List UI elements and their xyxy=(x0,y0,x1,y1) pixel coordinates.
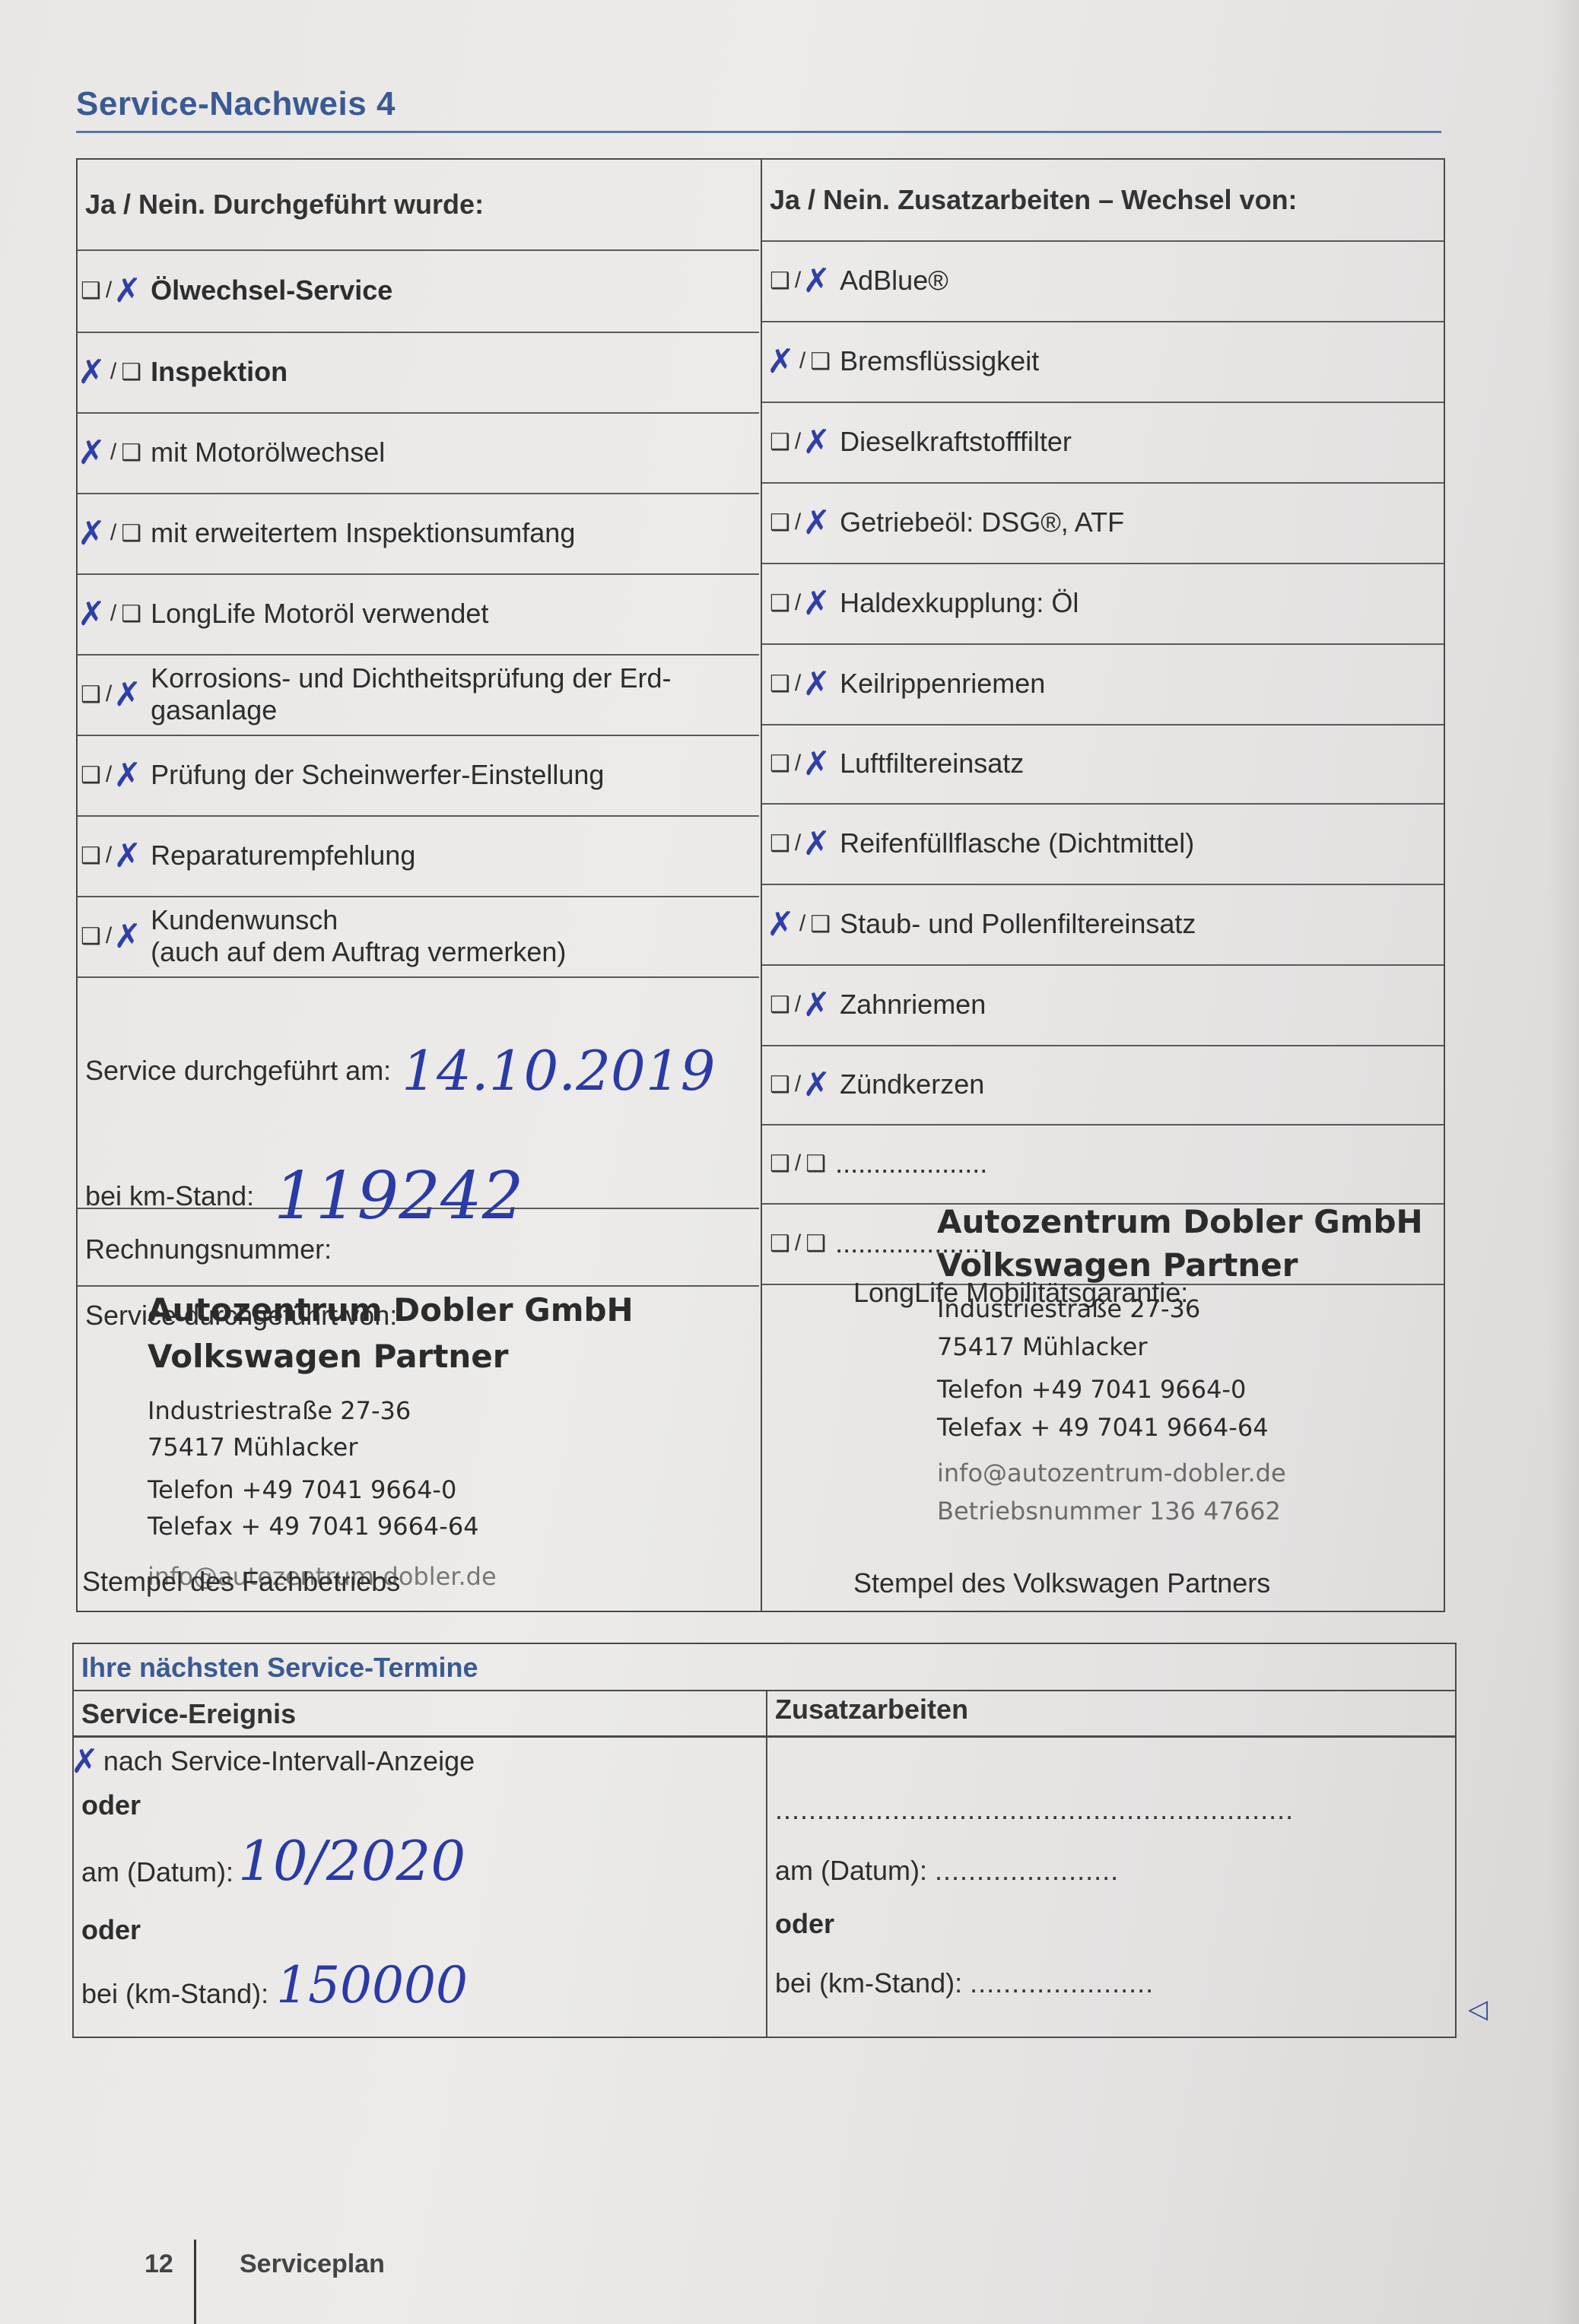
right-item-label: Dieselkraftstofffilter xyxy=(840,426,1072,458)
divider xyxy=(74,1735,1455,1738)
left-item-label: Korrosions- und Dichtheitsprüfung der Er… xyxy=(151,662,671,726)
next-date-value[interactable]: 10/2020 xyxy=(238,1829,465,1893)
right-item-label: Luftfiltereinsatz xyxy=(840,748,1024,779)
stamp-street: Industriestraße 27-36 xyxy=(937,1294,1423,1323)
col-service-event: Service-Ereignis xyxy=(81,1693,296,1735)
title-divider xyxy=(76,131,1441,133)
extra-date-field[interactable]: ...................... xyxy=(935,1855,1119,1887)
check-mark-icon[interactable]: ✗ xyxy=(767,905,795,944)
next-date-label: am (Datum): xyxy=(81,1856,234,1888)
stamp-street: Industriestraße 27-36 xyxy=(148,1396,634,1425)
right-item-label: Reifenfüllflasche (Dichtmittel) xyxy=(840,827,1194,859)
left-item[interactable]: ❑ / ✗Prüfung der Scheinwerfer-Einstellun… xyxy=(81,735,750,815)
checkbox-no[interactable]: ❑ xyxy=(805,1230,826,1257)
column-divider xyxy=(761,160,762,1611)
right-item[interactable]: ❑ / ✗AdBlue® xyxy=(770,240,1439,321)
checkbox-no[interactable]: ❑ xyxy=(121,440,141,466)
stamp-betriebsnummer: Betriebsnummer 136 47662 xyxy=(937,1497,1423,1526)
left-item-label: mit erweitertem Inspektionsumfang xyxy=(151,517,575,549)
label-line: gasanlage xyxy=(151,694,671,726)
label-line: Korrosions- und Dichtheitsprüfung der Er… xyxy=(151,662,671,694)
right-item[interactable]: ❑ / ✗Keilrippenriemen xyxy=(770,643,1439,724)
right-item-label: AdBlue® xyxy=(840,265,948,297)
service-date-label: Service durchgeführt am: xyxy=(85,1055,391,1087)
page-title: Service-Nachweis 4 xyxy=(76,85,396,123)
column-divider xyxy=(766,1690,767,2037)
right-item[interactable]: ✗ / ❑Bremsflüssigkeit xyxy=(770,321,1439,402)
right-item-label: Keilrippenriemen xyxy=(840,668,1045,700)
left-item[interactable]: ✗ / ❑LongLife Motoröl verwendet xyxy=(81,573,750,654)
left-item[interactable]: ✗ / ❑Inspektion xyxy=(81,332,750,412)
left-item-label: Prüfung der Scheinwerfer-Einstellung xyxy=(151,759,604,791)
checkbox-yes[interactable]: ❑ xyxy=(81,762,101,789)
stamp-phone: Telefon +49 7041 9664-0 xyxy=(148,1475,634,1504)
check-mark-icon[interactable]: ✗ xyxy=(78,514,106,553)
checkbox-yes[interactable]: ❑ xyxy=(81,681,101,708)
checkbox-yes[interactable]: ❑ xyxy=(81,843,101,869)
interval-row[interactable]: ✗ nach Service-Intervall-Anzeige xyxy=(74,1740,475,1783)
interval-label: nach Service-Intervall-Anzeige xyxy=(103,1745,475,1777)
or-label: oder xyxy=(775,1903,834,1945)
right-item-label: Zündkerzen xyxy=(840,1068,984,1100)
separator: / xyxy=(795,751,801,776)
separator: / xyxy=(106,762,112,788)
divider xyxy=(74,1690,1455,1691)
separator: / xyxy=(106,923,112,949)
check-mark-icon[interactable]: ✗ xyxy=(802,423,831,462)
stamp-partner: Volkswagen Partner xyxy=(937,1246,1423,1284)
checkbox-yes[interactable]: ❑ xyxy=(81,923,101,950)
separator: / xyxy=(110,440,116,465)
checkbox-no[interactable]: ❑ xyxy=(810,348,831,375)
or-label: oder xyxy=(81,1909,141,1951)
next-service-table: Ihre nächsten Service-Termine Service-Er… xyxy=(72,1643,1457,2038)
stamp-city: 75417 Mühlacker xyxy=(148,1433,634,1462)
checkbox-no[interactable]: ❑ xyxy=(121,601,141,627)
check-mark-icon[interactable]: ✗ xyxy=(802,584,831,623)
stamp-fax: Telefax + 49 7041 9664-64 xyxy=(937,1413,1423,1442)
left-item-label: Inspektion xyxy=(151,356,288,388)
separator: / xyxy=(110,601,116,627)
extra-km-label: bei (km-Stand): xyxy=(775,1967,962,1999)
separator: / xyxy=(799,348,805,374)
col-extra-work: Zusatzarbeiten xyxy=(775,1688,968,1731)
stamp-company: Autozentrum Dobler GmbH xyxy=(937,1203,1423,1240)
checkbox-no[interactable]: ❑ xyxy=(810,911,831,938)
right-item[interactable]: ❑ / ✗Dieselkraftstofffilter xyxy=(770,402,1439,482)
right-item-label: Bremsflüssigkeit xyxy=(840,345,1039,377)
next-km-value[interactable]: 150000 xyxy=(276,1956,468,2014)
check-mark-icon[interactable]: ✗ xyxy=(802,665,831,703)
right-item[interactable]: ❑ / ❑.................... xyxy=(770,1124,1439,1203)
checkbox-yes[interactable]: ❑ xyxy=(770,429,790,456)
left-item-label: Reparaturempfehlung xyxy=(151,840,415,871)
separator: / xyxy=(795,429,801,455)
check-mark-icon[interactable]: ✗ xyxy=(113,675,141,714)
stamp-email: info@autozentrum-dobler.de xyxy=(937,1459,1423,1487)
stamp-fax: Telefax + 49 7041 9664-64 xyxy=(148,1512,634,1541)
stamp-company: Autozentrum Dobler GmbH xyxy=(148,1291,634,1329)
extra-km-field[interactable]: ...................... xyxy=(970,1967,1154,1999)
separator: / xyxy=(795,590,801,616)
left-item-label: Ölwechsel-Service xyxy=(151,275,392,306)
stamp-label-left: Stempel des Fachbetriebs xyxy=(82,1559,400,1605)
right-item-label: Haldexkupplung: Öl xyxy=(840,587,1079,619)
check-mark-icon[interactable]: ✗ xyxy=(802,824,831,863)
row-divider xyxy=(78,976,759,978)
or-label: oder xyxy=(81,1784,141,1827)
left-item-label: mit Motorölwechsel xyxy=(151,437,385,468)
check-mark-icon[interactable]: ✗ xyxy=(802,1065,831,1104)
page-number: 12 xyxy=(145,2249,173,2279)
footer-section: Serviceplan xyxy=(240,2249,385,2279)
label-line: Kundenwunsch xyxy=(151,904,566,936)
next-service-title: Ihre nächsten Service-Termine xyxy=(81,1652,478,1684)
check-mark-icon[interactable]: ✗ xyxy=(78,595,106,633)
separator: / xyxy=(799,911,805,937)
check-mark-icon[interactable]: ✗ xyxy=(113,271,141,310)
separator: / xyxy=(795,1072,801,1097)
check-mark-icon[interactable]: ✗ xyxy=(802,745,831,783)
check-mark-icon[interactable]: ✗ xyxy=(78,433,106,472)
checkbox-yes[interactable]: ❑ xyxy=(770,1072,790,1098)
right-item-label: Staub- und Pollenfiltereinsatz xyxy=(840,908,1196,940)
left-header: Ja / Nein. Durchgeführt wurde: xyxy=(85,160,755,249)
triangle-left-icon: ◁ xyxy=(1468,1994,1488,2024)
right-header: Ja / Nein. Zusatzarbeiten – Wechsel von: xyxy=(770,160,1439,240)
checkbox-yes[interactable]: ❑ xyxy=(770,992,790,1018)
check-mark-icon[interactable]: ✗ xyxy=(802,503,831,542)
next-km-row: bei (km-Stand): 150000 xyxy=(81,1964,468,2024)
separator: / xyxy=(795,671,801,697)
check-mark-icon[interactable]: ✗ xyxy=(78,353,106,392)
right-item[interactable]: ❑ / ✗Luftfiltereinsatz xyxy=(770,724,1439,803)
invoice-label: Rechnungsnummer: xyxy=(85,1233,332,1265)
label-line: (auch auf dem Auftrag vermerken) xyxy=(151,936,566,968)
separator: / xyxy=(795,510,801,535)
check-mark-icon[interactable]: ✗ xyxy=(767,342,795,381)
stamp-phone: Telefon +49 7041 9664-0 xyxy=(937,1375,1423,1404)
separator: / xyxy=(110,359,116,385)
checkbox-yes[interactable]: ❑ xyxy=(770,1151,790,1177)
invoice-row: Rechnungsnummer: xyxy=(85,1208,755,1291)
checkbox-yes[interactable]: ❑ xyxy=(770,268,790,294)
extra-work-line[interactable]: ........................................… xyxy=(775,1789,1294,1831)
workshop-stamp-right: Autozentrum Dobler GmbH Volkswagen Partn… xyxy=(937,1203,1423,1526)
checkbox-yes[interactable]: ❑ xyxy=(770,751,790,777)
left-item[interactable]: ❑ / ✗Korrosions- und Dichtheitsprüfung d… xyxy=(81,654,750,735)
right-item[interactable]: ✗ / ❑Staub- und Pollenfiltereinsatz xyxy=(770,884,1439,964)
extra-date-label: am (Datum): xyxy=(775,1855,927,1887)
workshop-stamp-left: Autozentrum Dobler GmbH Volkswagen Partn… xyxy=(148,1291,634,1591)
right-item-label: Getriebeöl: DSG®, ATF xyxy=(840,506,1124,538)
extra-date-row: am (Datum): ...................... xyxy=(775,1849,1119,1892)
extra-km-row: bei (km-Stand): ...................... xyxy=(775,1962,1154,2005)
right-item-label: Zahnriemen xyxy=(840,989,986,1021)
right-item-label: .................... xyxy=(835,1148,987,1179)
separator: / xyxy=(795,268,801,294)
stamp-city: 75417 Mühlacker xyxy=(937,1332,1423,1361)
separator: / xyxy=(795,992,801,1018)
separator: / xyxy=(795,1151,801,1176)
checkbox-no[interactable]: ❑ xyxy=(805,1151,826,1177)
next-km-label: bei (km-Stand): xyxy=(81,1978,268,2010)
left-item[interactable]: ✗ / ❑mit erweitertem Inspektionsumfang xyxy=(81,493,750,573)
checkbox-no[interactable]: ❑ xyxy=(121,359,141,386)
checkbox-yes[interactable]: ❑ xyxy=(770,830,790,857)
checkbox-yes[interactable]: ❑ xyxy=(770,1230,790,1257)
check-mark-icon[interactable]: ✗ xyxy=(113,837,141,875)
checkbox-yes[interactable]: ❑ xyxy=(770,590,790,617)
left-item[interactable]: ❑ / ✗Reparaturempfehlung xyxy=(81,815,750,896)
separator: / xyxy=(106,843,112,868)
right-item[interactable]: ❑ / ✗Zahnriemen xyxy=(770,964,1439,1045)
checkbox-yes[interactable]: ❑ xyxy=(770,510,790,536)
page-edge-shadow xyxy=(1549,0,1579,2324)
service-record-table: Ja / Nein. Durchgeführt wurde: Ja / Nein… xyxy=(76,158,1445,1612)
left-item-label: Kundenwunsch(auch auf dem Auftrag vermer… xyxy=(151,904,566,968)
right-item[interactable]: ❑ / ✗Zündkerzen xyxy=(770,1045,1439,1124)
right-item[interactable]: ❑ / ✗Reifenfüllflasche (Dichtmittel) xyxy=(770,803,1439,884)
checkbox-no[interactable]: ❑ xyxy=(121,520,141,547)
stamp-partner: Volkswagen Partner xyxy=(148,1338,634,1375)
checkbox-yes[interactable]: ❑ xyxy=(81,278,101,304)
left-item-label: LongLife Motoröl verwendet xyxy=(151,598,488,630)
service-date-value[interactable]: 14.10.2019 xyxy=(402,1039,715,1103)
footer-divider xyxy=(194,2240,196,2324)
separator: / xyxy=(106,278,112,303)
check-mark-icon: ✗ xyxy=(71,1742,99,1781)
service-date-row: Service durchgeführt am: 14.10.2019 xyxy=(85,1002,755,1139)
checkbox-yes[interactable]: ❑ xyxy=(770,671,790,697)
check-mark-icon[interactable]: ✗ xyxy=(113,917,141,956)
separator: / xyxy=(106,681,112,707)
separator: / xyxy=(110,520,116,546)
check-mark-icon[interactable]: ✗ xyxy=(802,986,831,1024)
left-item[interactable]: ❑ / ✗Kundenwunsch(auch auf dem Auftrag v… xyxy=(81,896,750,976)
right-item[interactable]: ❑ / ✗Haldexkupplung: Öl xyxy=(770,563,1439,643)
left-item[interactable]: ❑ / ✗Ölwechsel-Service xyxy=(81,249,750,332)
next-date-row: am (Datum): 10/2020 xyxy=(81,1842,465,1903)
left-item[interactable]: ✗ / ❑mit Motorölwechsel xyxy=(81,412,750,493)
separator: / xyxy=(795,1230,801,1256)
stamp-label-right: Stempel des Volkswagen Partners xyxy=(853,1560,1270,1606)
check-mark-icon[interactable]: ✗ xyxy=(113,756,141,795)
right-item[interactable]: ❑ / ✗Getriebeöl: DSG®, ATF xyxy=(770,482,1439,563)
check-mark-icon[interactable]: ✗ xyxy=(802,262,831,300)
separator: / xyxy=(795,830,801,856)
